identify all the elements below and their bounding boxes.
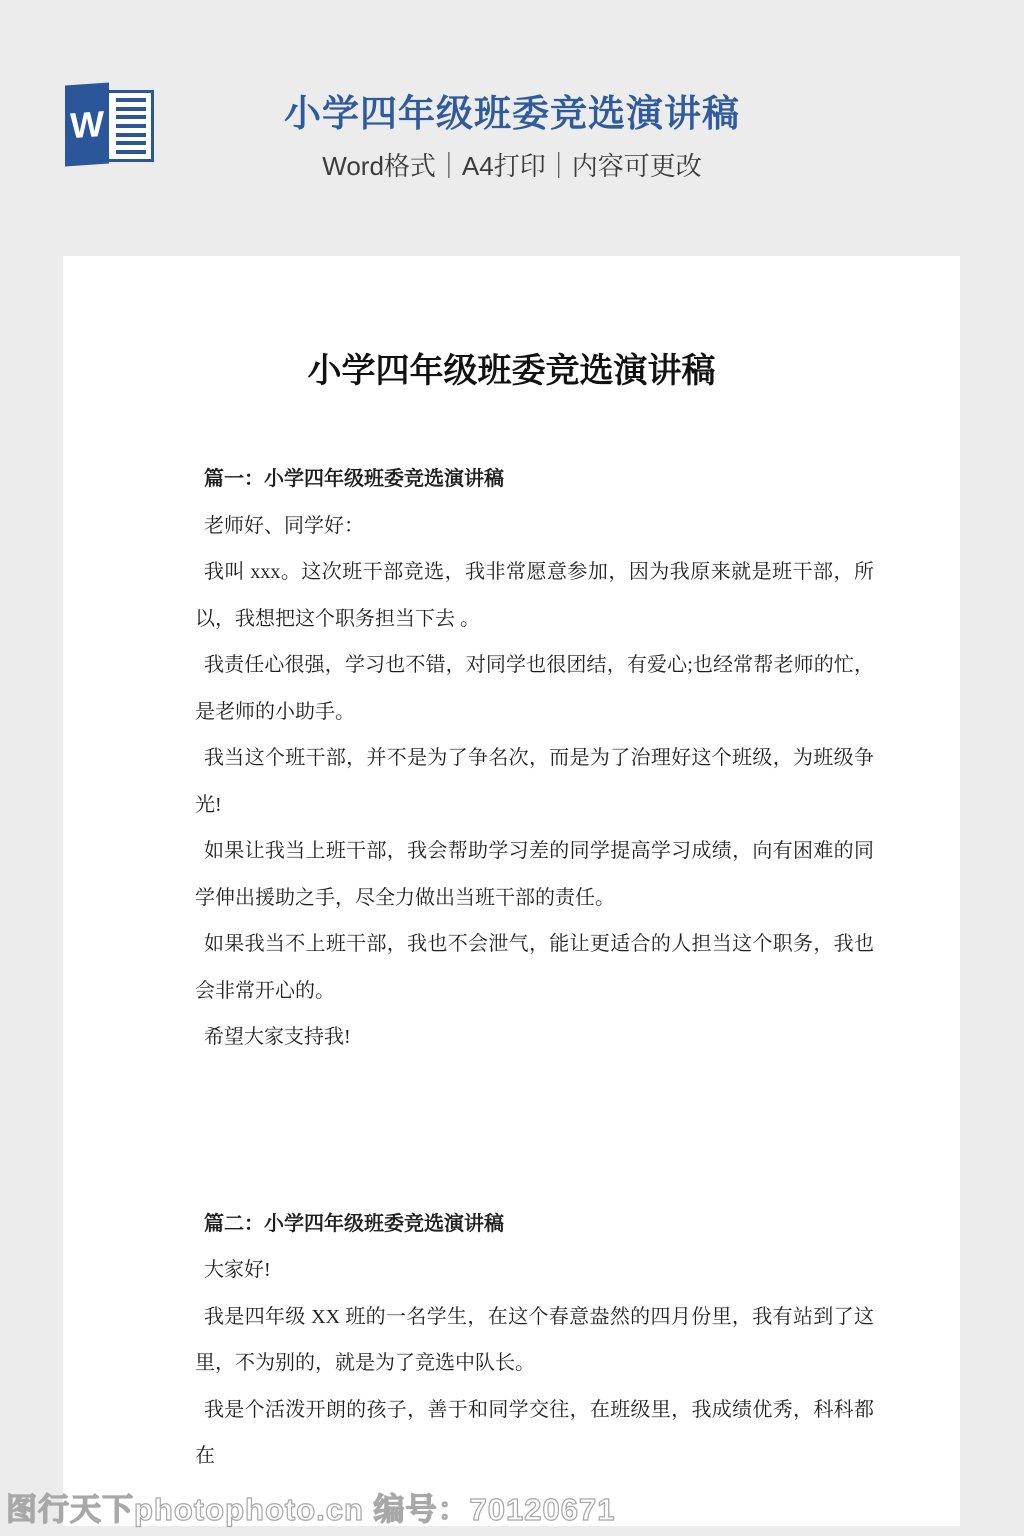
- section-heading: 篇二：小学四年级班委竞选演讲稿: [195, 1201, 874, 1248]
- paragraph: 老师好、同学好：: [195, 503, 874, 550]
- paragraph: 如果我当不上班干部，我也不会泄气，能让更适合的人担当这个职务，我也会非常开心的。: [195, 921, 874, 1014]
- site-watermark: 图行天下photophoto.cn 编号：70120671: [6, 1484, 615, 1529]
- paragraph: 大家好!: [195, 1247, 874, 1294]
- template-subtitle: Word格式｜A4打印｜内容可更改: [0, 152, 1024, 180]
- template-header: W 小学四年级班委竞选演讲稿 Word格式｜A4打印｜内容可更改: [0, 0, 1024, 256]
- paragraph: 我是个活泼开朗的孩子，善于和同学交往，在班级里，我成绩优秀，科科都在: [195, 1387, 874, 1480]
- section-heading: 篇一：小学四年级班委竞选演讲稿: [195, 456, 874, 503]
- document-title: 小学四年级班委竞选演讲稿: [63, 256, 960, 392]
- paragraph: 我责任心很强，学习也不错，对同学也很团结，有爱心;也经常帮老师的忙，是老师的小助…: [195, 642, 874, 735]
- paragraph: 我当这个班干部，并不是为了争名次，而是为了治理好这个班级，为班级争光!: [195, 735, 874, 828]
- template-title: 小学四年级班委竞选演讲稿: [0, 92, 1024, 136]
- document-page: 小学四年级班委竞选演讲稿 篇一：小学四年级班委竞选演讲稿老师好、同学好：我叫 x…: [63, 256, 960, 1526]
- paragraph: 如果让我当上班干部，我会帮助学习差的同学提高学习成绩，向有困难的同学伸出援助之手…: [195, 828, 874, 921]
- header-text-block: 小学四年级班委竞选演讲稿 Word格式｜A4打印｜内容可更改: [0, 92, 1024, 180]
- paragraph: 我是四年级 XX 班的一名学生，在这个春意盎然的四月份里，我有站到了这里，不为别…: [195, 1294, 874, 1387]
- document-body: 篇一：小学四年级班委竞选演讲稿老师好、同学好：我叫 xxx。这次班干部竞选，我非…: [63, 456, 960, 1480]
- paragraph: 希望大家支持我!: [195, 1014, 874, 1061]
- paragraph: 我叫 xxx。这次班干部竞选，我非常愿意参加，因为我原来就是班干部，所以，我想把…: [195, 549, 874, 642]
